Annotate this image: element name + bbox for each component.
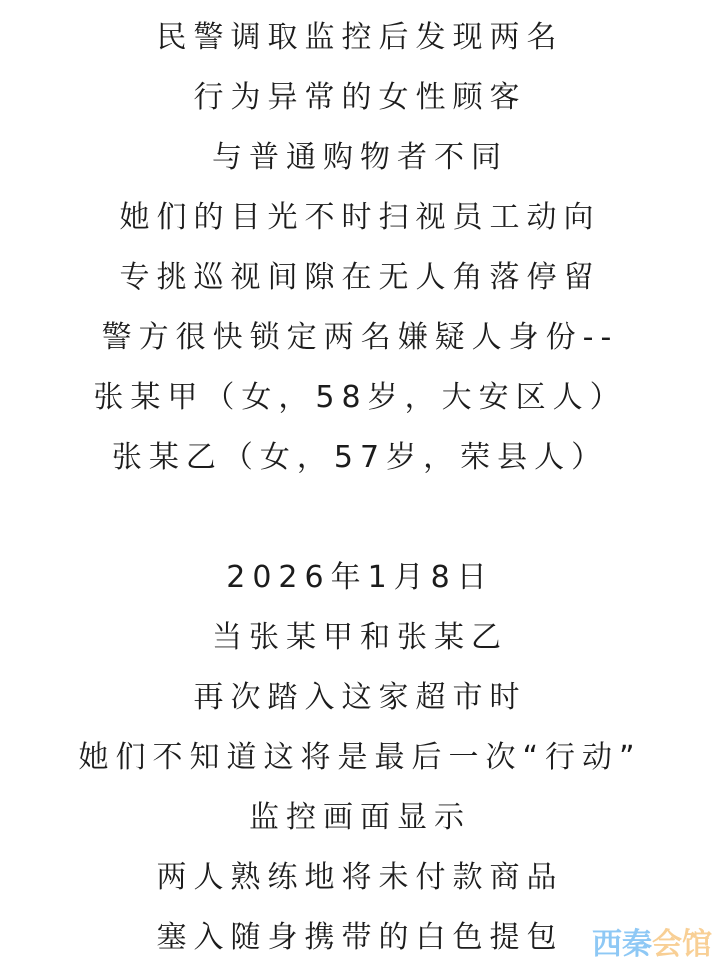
text-line: 她们不知道这将是最后一次“行动”	[0, 738, 720, 778]
text-line: 与普通购物者不同	[0, 138, 720, 178]
text-line: 民警调取监控后发现两名	[0, 18, 720, 58]
text-line: 警方很快锁定两名嫌疑人身份--	[0, 318, 720, 358]
text-line: 张某甲（女，58岁，大安区人）	[0, 378, 720, 418]
text-line: 再次踏入这家超市时	[0, 678, 720, 718]
text-line: 监控画面显示	[0, 798, 720, 838]
text-line: 行为异常的女性顾客	[0, 78, 720, 118]
watermark-part2: 会馆	[652, 927, 712, 962]
text-line: 她们的目光不时扫视员工动向	[0, 198, 720, 238]
watermark-logo: 西秦会馆	[592, 927, 712, 963]
text-line: 当张某甲和张某乙	[0, 618, 720, 658]
watermark-part1: 西秦	[592, 927, 652, 962]
text-line: 专挑巡视间隙在无人角落停留	[0, 258, 720, 298]
date-line: 2026年1月8日	[0, 558, 720, 598]
text-line: 两人熟练地将未付款商品	[0, 858, 720, 898]
text-line: 张某乙（女，57岁，荣县人）	[0, 438, 720, 478]
